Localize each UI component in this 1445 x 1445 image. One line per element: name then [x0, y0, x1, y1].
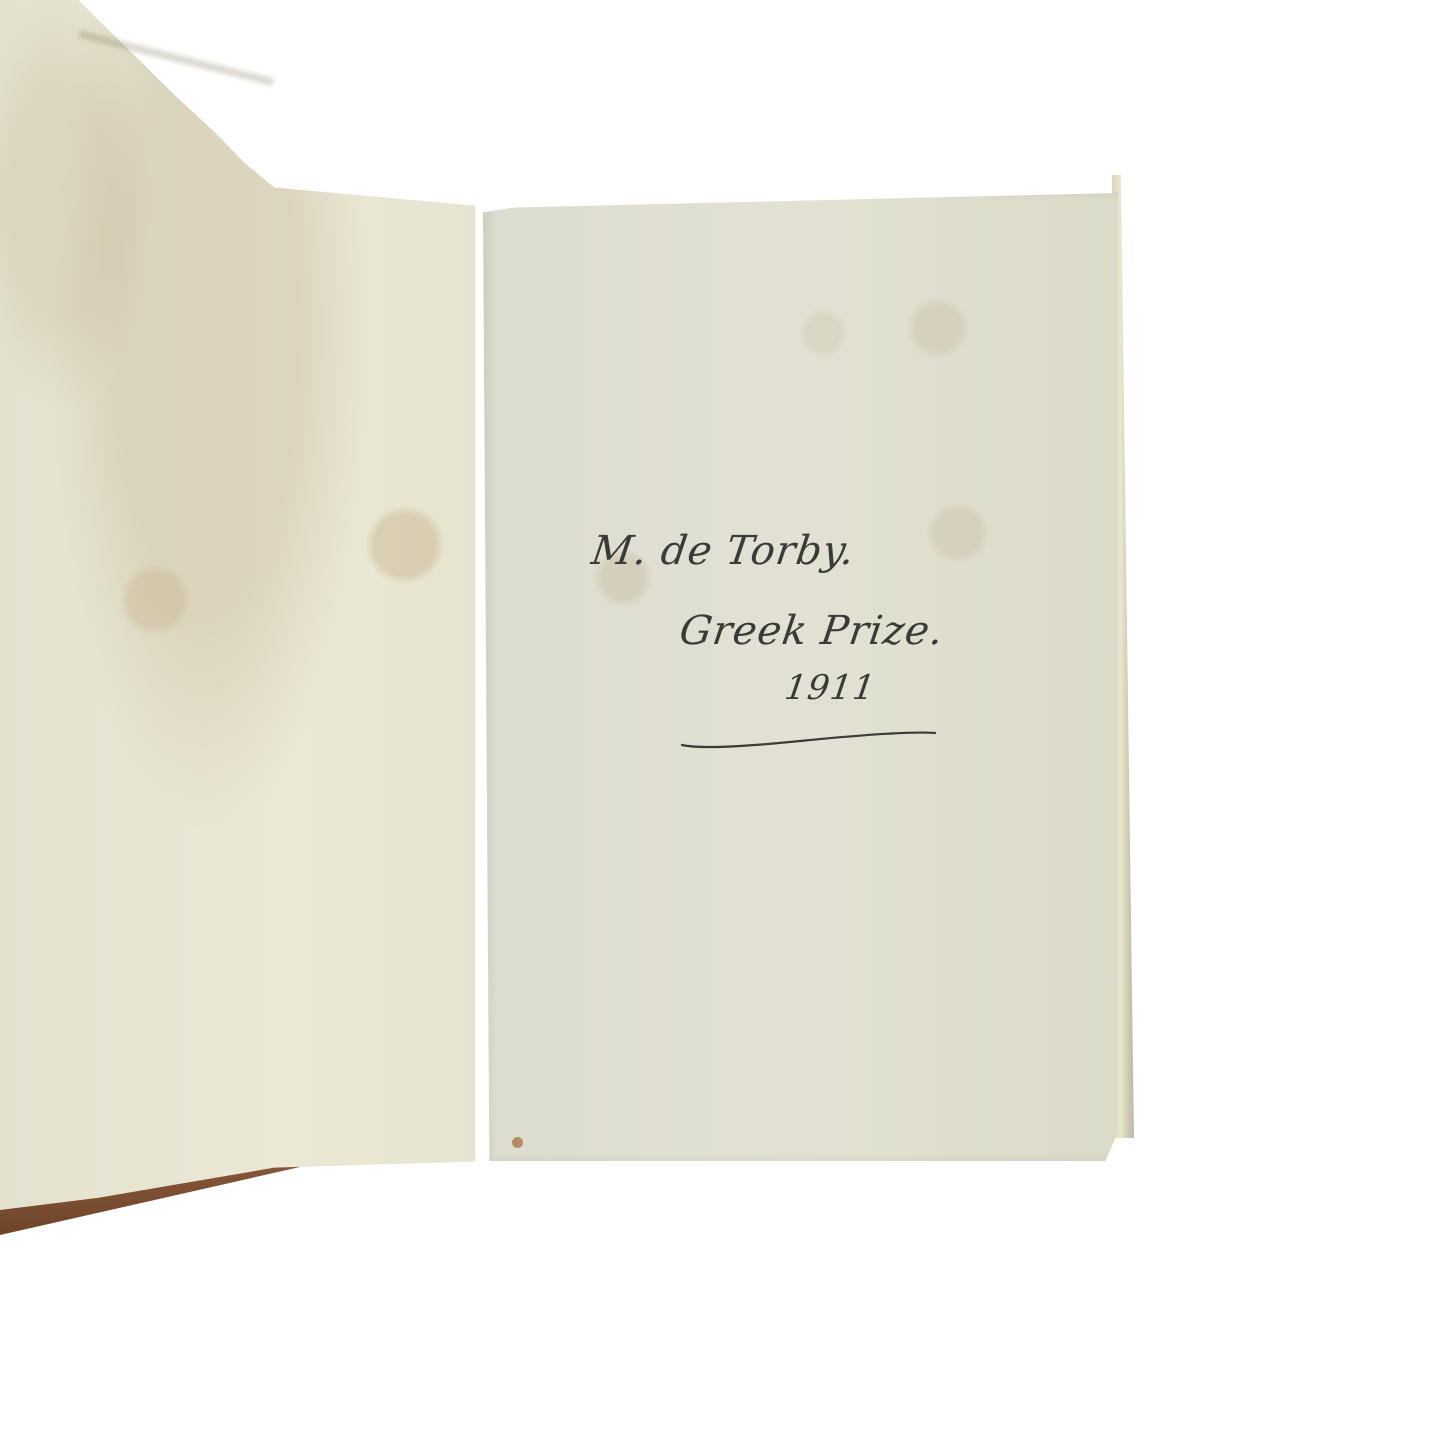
inscription-prize: Greek Prize. [677, 608, 947, 654]
handwritten-inscription: M. de Torby. Greek Prize. 1911 [0, 0, 1445, 1445]
inscription-year: 1911 [782, 668, 878, 708]
book-photo: M. de Torby. Greek Prize. 1911 [0, 0, 1445, 1445]
underline-flourish [680, 725, 940, 751]
inscription-name: M. de Torby. [589, 528, 858, 574]
